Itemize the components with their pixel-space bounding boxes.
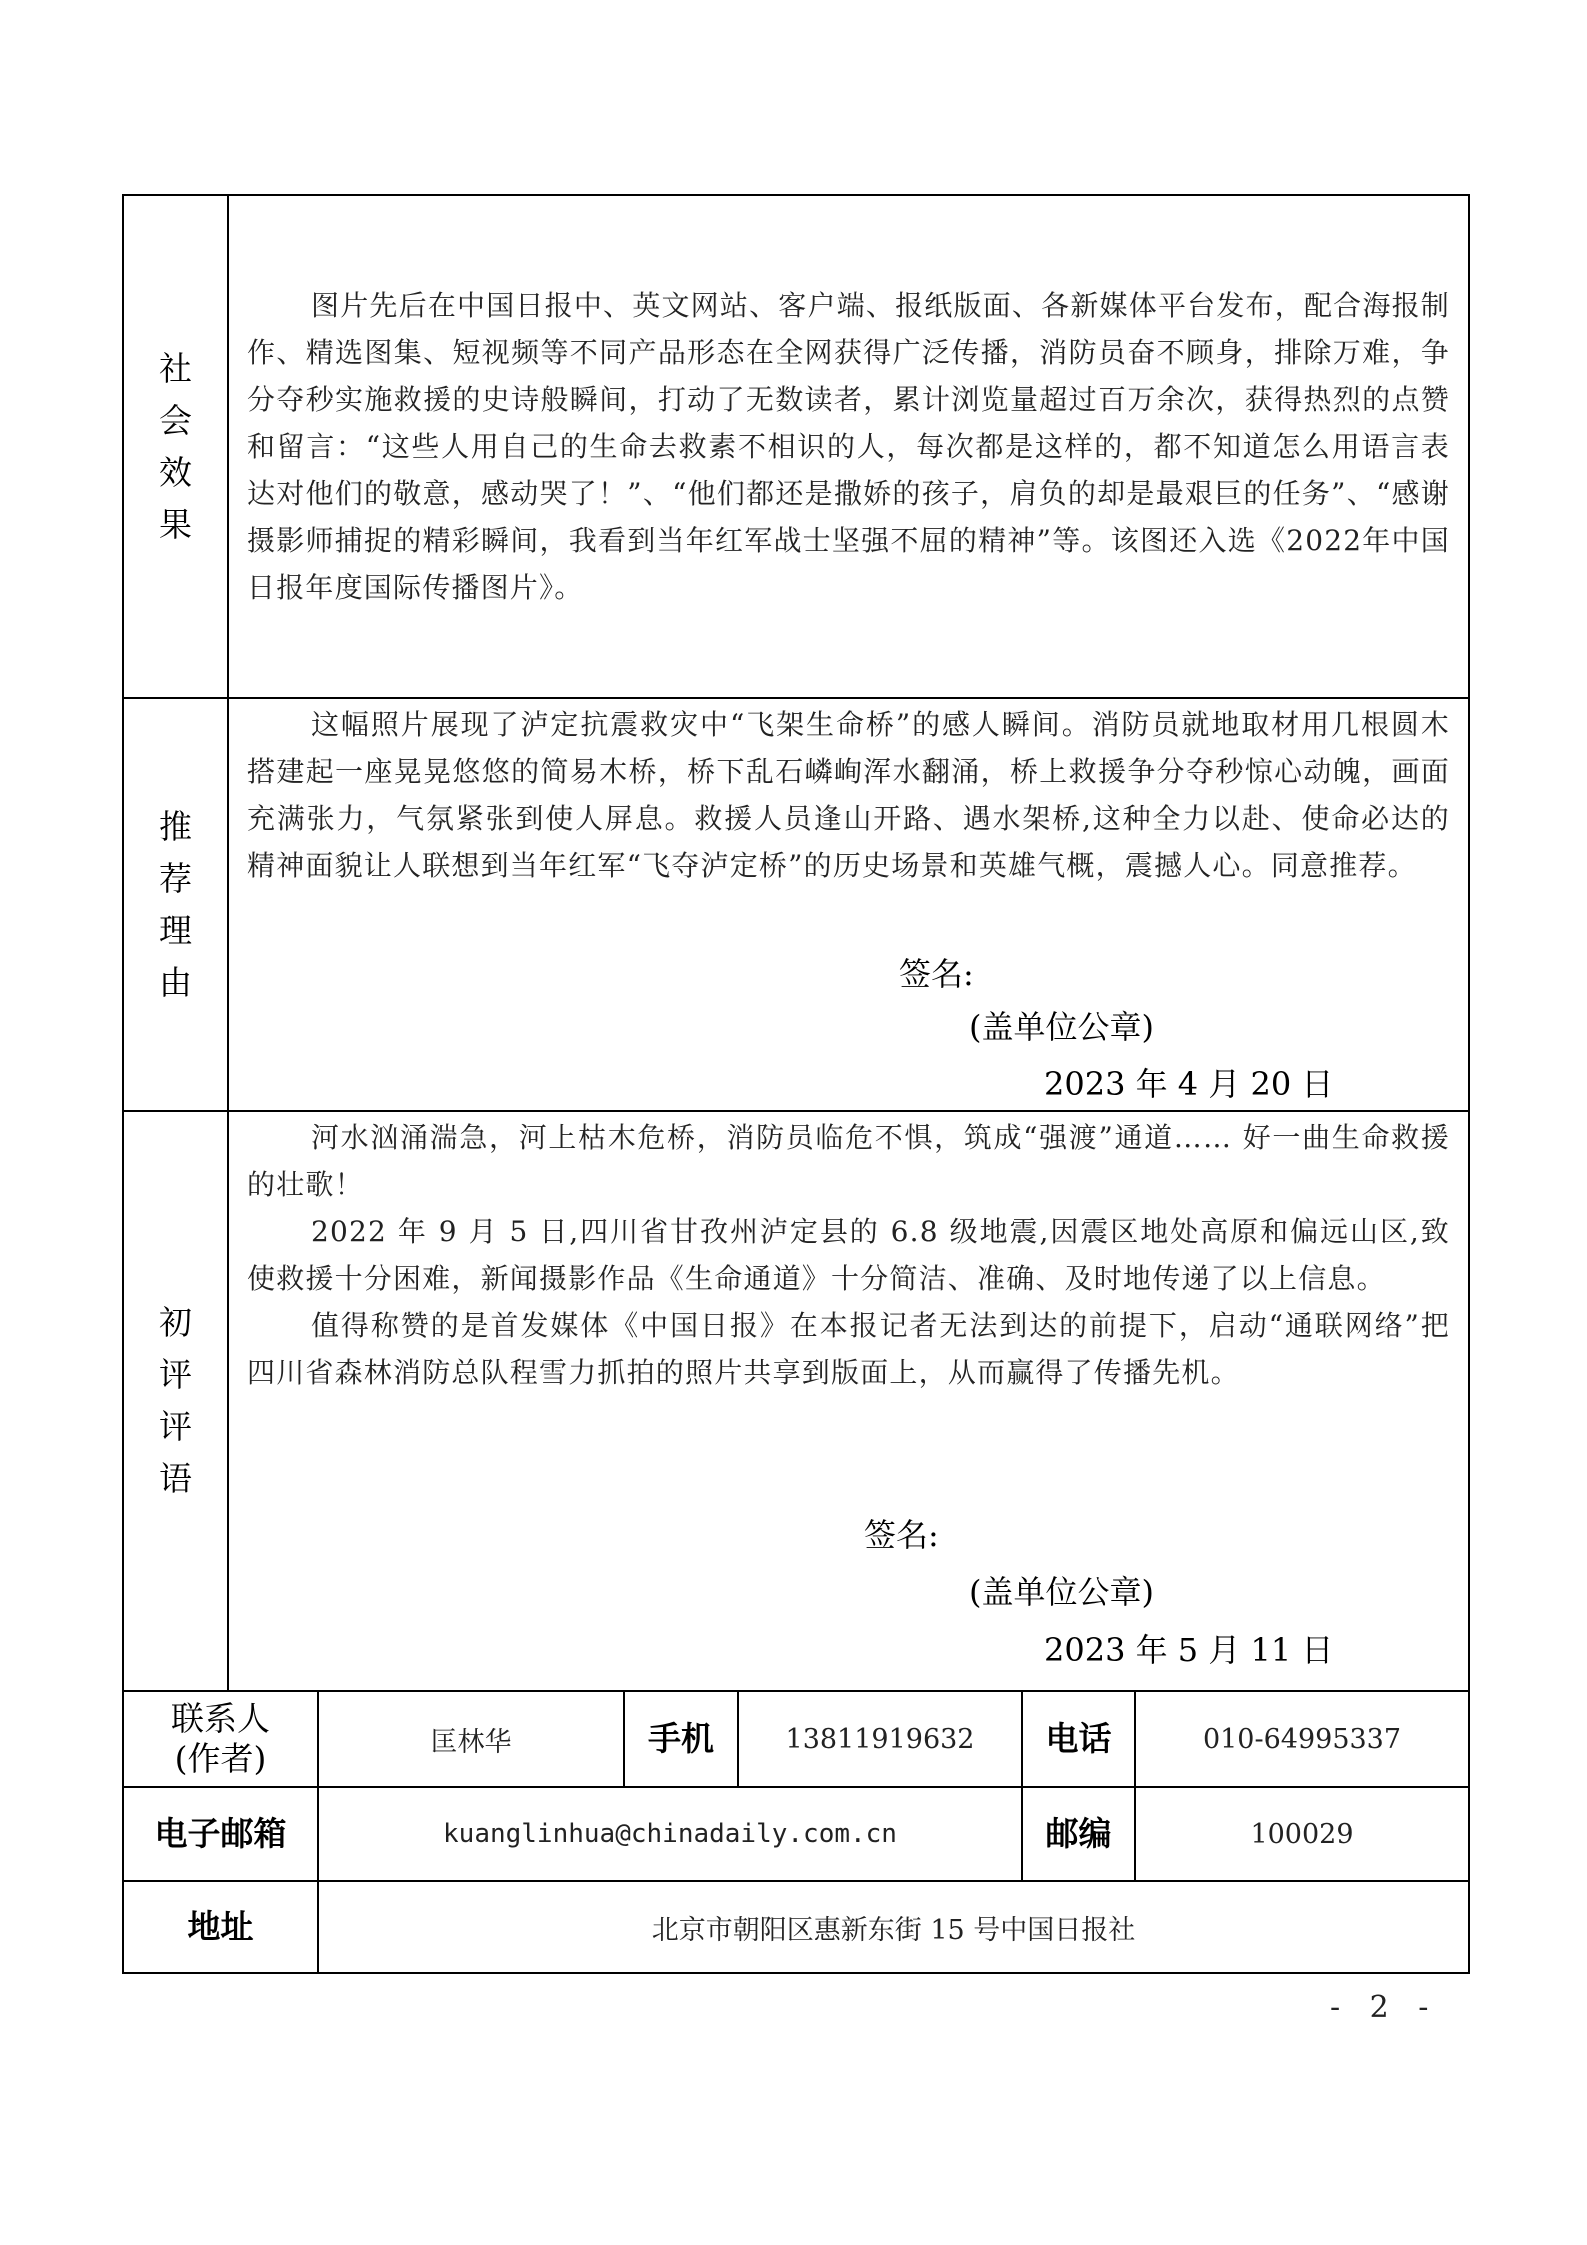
mobile-value-cell: 13811919632 <box>739 1692 1023 1786</box>
phone-value-cell: 010-64995337 <box>1136 1692 1468 1786</box>
label-char: 效 <box>159 447 192 499</box>
mobile-label-cell: 手机 <box>625 1692 739 1786</box>
seal-label: (盖单位公章) <box>969 1567 1154 1613</box>
mobile-label: 手机 <box>648 1719 714 1759</box>
initial-review-paragraph: 值得称赞的是首发媒体《中国日报》在本报记者无法到达的前提下，启动“通联网络”把四… <box>247 1302 1450 1396</box>
signature-date: 2023 年 5 月 11 日 <box>1044 1625 1333 1671</box>
postcode-value: 100029 <box>1250 1819 1353 1850</box>
contact-label-sub: (作者) <box>171 1739 270 1779</box>
postcode-value-cell: 100029 <box>1136 1788 1468 1880</box>
social-effect-paragraph: 图片先后在中国日报中、英文网站、客户端、报纸版面、各新媒体平台发布，配合海报制作… <box>247 282 1450 611</box>
social-effect-label: 社 会 效 果 <box>124 196 229 697</box>
phone-value: 010-64995337 <box>1203 1724 1401 1755</box>
label-char: 果 <box>159 499 192 551</box>
label-char: 社 <box>159 343 192 395</box>
label-char: 评 <box>159 1401 192 1453</box>
initial-review-paragraph: 河水汹涌湍急，河上枯木危桥，消防员临危不惧，筑成“强渡”通道…… 好一曲生命救援… <box>247 1114 1450 1208</box>
recommendation-row: 推 荐 理 由 这幅照片展现了泸定抗震救灾中“飞架生命桥”的感人瞬间。消防员就地… <box>124 699 1468 1112</box>
signature-label: 签名: <box>899 949 974 995</box>
signature-label: 签名: <box>864 1510 939 1556</box>
email-value-cell: kuanglinhua@chinadaily.com.cn <box>319 1788 1023 1880</box>
email-label: 电子邮箱 <box>155 1814 287 1854</box>
phone-label: 电话 <box>1046 1719 1112 1759</box>
label-char: 理 <box>159 905 192 957</box>
label-char: 由 <box>159 957 192 1009</box>
label-char: 推 <box>159 801 192 853</box>
form-table: 社 会 效 果 图片先后在中国日报中、英文网站、客户端、报纸版面、各新媒体平台发… <box>122 194 1470 1974</box>
mobile-value: 13811919632 <box>786 1724 975 1755</box>
social-effect-row: 社 会 效 果 图片先后在中国日报中、英文网站、客户端、报纸版面、各新媒体平台发… <box>124 196 1468 699</box>
label-char: 评 <box>159 1349 192 1401</box>
initial-review-row: 初 评 评 语 河水汹涌湍急，河上枯木危桥，消防员临危不惧，筑成“强渡”通道……… <box>124 1112 1468 1692</box>
recommendation-label: 推 荐 理 由 <box>124 699 229 1110</box>
contact-label-cell: 联系人 (作者) <box>124 1692 319 1786</box>
address-label: 地址 <box>188 1907 254 1947</box>
recommendation-content: 这幅照片展现了泸定抗震救灾中“飞架生命桥”的感人瞬间。消防员就地取材用几根圆木搭… <box>229 699 1468 1110</box>
page-number: - 2 - <box>1330 1990 1438 2025</box>
social-effect-content: 图片先后在中国日报中、英文网站、客户端、报纸版面、各新媒体平台发布，配合海报制作… <box>229 196 1468 697</box>
address-row: 地址 北京市朝阳区惠新东街 15 号中国日报社 <box>124 1882 1468 1972</box>
address-value: 北京市朝阳区惠新东街 15 号中国日报社 <box>652 1908 1136 1947</box>
email-label-cell: 电子邮箱 <box>124 1788 319 1880</box>
label-char: 语 <box>159 1453 192 1505</box>
label-char: 初 <box>159 1297 192 1349</box>
recommendation-paragraph: 这幅照片展现了泸定抗震救灾中“飞架生命桥”的感人瞬间。消防员就地取材用几根圆木搭… <box>247 701 1450 889</box>
postcode-label-cell: 邮编 <box>1023 1788 1136 1880</box>
contact-row: 联系人 (作者) 匡林华 手机 13811919632 电话 010-64995… <box>124 1692 1468 1788</box>
label-char: 会 <box>159 395 192 447</box>
seal-label: (盖单位公章) <box>969 1002 1154 1048</box>
phone-label-cell: 电话 <box>1023 1692 1136 1786</box>
email-value: kuanglinhua@chinadaily.com.cn <box>443 1819 897 1849</box>
contact-name-cell: 匡林华 <box>319 1692 625 1786</box>
initial-review-label: 初 评 评 语 <box>124 1112 229 1690</box>
initial-review-content: 河水汹涌湍急，河上枯木危桥，消防员临危不惧，筑成“强渡”通道…… 好一曲生命救援… <box>229 1112 1468 1690</box>
address-label-cell: 地址 <box>124 1882 319 1972</box>
initial-review-paragraph: 2022 年 9 月 5 日,四川省甘孜州泸定县的 6.8 级地震,因震区地处高… <box>247 1208 1450 1302</box>
address-value-cell: 北京市朝阳区惠新东街 15 号中国日报社 <box>319 1882 1468 1972</box>
contact-label: 联系人 <box>171 1699 270 1739</box>
email-row: 电子邮箱 kuanglinhua@chinadaily.com.cn 邮编 10… <box>124 1788 1468 1882</box>
contact-name: 匡林华 <box>431 1720 512 1759</box>
label-char: 荐 <box>159 853 192 905</box>
signature-date: 2023 年 4 月 20 日 <box>1044 1059 1333 1105</box>
postcode-label: 邮编 <box>1046 1814 1112 1854</box>
